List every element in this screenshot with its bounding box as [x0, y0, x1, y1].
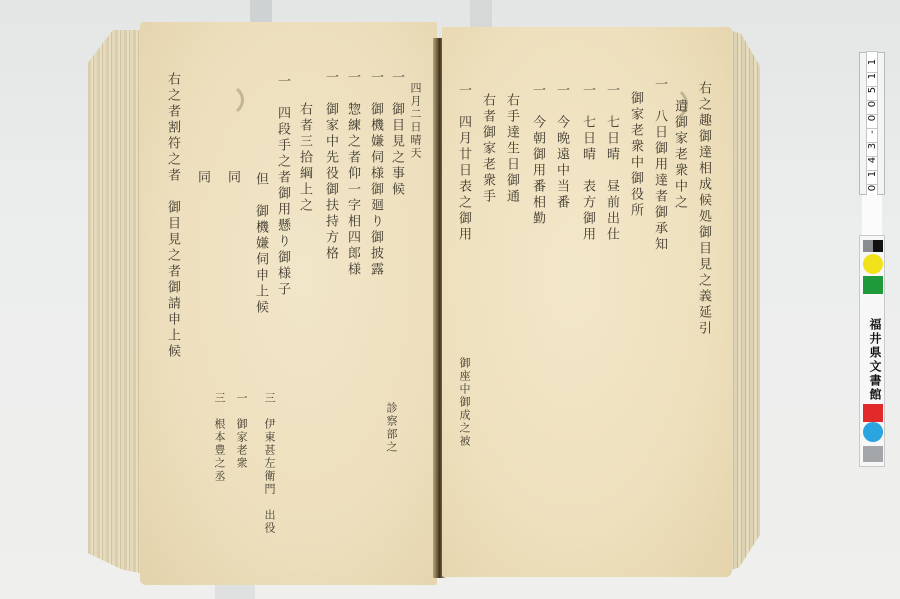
- text-column: 但 御機嫌伺申上候: [254, 172, 267, 316]
- text-column: 右者三拾綱上之: [298, 102, 311, 214]
- open-manuscript-book: 一 御目見之事候 四月二日晴天 一 御機嫌伺様御廻り御披露 一 惣練之者仰一字相…: [0, 0, 900, 599]
- text-column: 御家老衆中御役所: [629, 91, 642, 219]
- text-column: 一 今晩遠中当番: [555, 83, 568, 211]
- text-column: 遣御家老衆中之: [673, 99, 686, 211]
- swatch-red: [863, 404, 883, 422]
- text-column: 一 八日御用達者御承知: [653, 77, 666, 253]
- text-column: 同: [196, 170, 209, 186]
- archive-id-strip: A 0 1 4 3 - 0 0 5 1 1: [859, 52, 885, 195]
- text-column: 同: [226, 170, 239, 186]
- text-column: 右之者割符之者 御目見之者御請申上候: [166, 72, 179, 360]
- archive-id: A 0 1 4 3 - 0 0 5 1 1: [860, 53, 884, 209]
- text-column: 右手達生日御通: [505, 93, 518, 205]
- text-column: 右者御家老衆手: [481, 93, 494, 205]
- text-column: 一 七日晴 昼前出仕: [605, 83, 618, 243]
- archive-label: A 0 1 4 3 - 0 0 5 1 1 福井県文書館: [859, 52, 885, 467]
- right-page: 右之趣御達相成候処御目見之義延引 遣御家老衆中之 一 八日御用達者御承知 御家老…: [442, 27, 732, 577]
- archive-institution-name: 福井県文書館: [862, 318, 884, 402]
- text-column: 診察部之: [386, 402, 397, 454]
- text-column: 三 伊東甚左衛門 出役: [264, 392, 275, 535]
- left-page: 一 御目見之事候 四月二日晴天 一 御機嫌伺様御廻り御披露 一 惣練之者仰一字相…: [140, 22, 437, 585]
- swatch-green: [863, 276, 883, 294]
- text-column: 一 御機嫌伺様御廻り御披露: [369, 70, 382, 278]
- text-column: 一 御目見之事候: [390, 70, 403, 198]
- text-column: 一 四段手之者御用懸り御様子: [276, 74, 289, 298]
- text-column: 御座中御成之被: [459, 357, 470, 448]
- text-column: 一 七日晴 表方御用: [581, 83, 594, 243]
- label-spacer: [862, 195, 882, 235]
- stain-mark: [198, 82, 244, 118]
- text-column: 一 御家老衆: [236, 392, 247, 470]
- text-column: 一 今朝御用番相勤: [531, 83, 544, 227]
- text-column: 一 御家中先役御扶持方格: [324, 70, 337, 262]
- swatch-light-grey: [863, 446, 883, 462]
- swatch-yellow: [863, 254, 883, 274]
- swatch-grey-black: [863, 240, 883, 252]
- text-column: 一 惣練之者仰一字相四郎様: [346, 70, 359, 278]
- id-char: 1: [866, 51, 878, 73]
- color-calibration-card: 福井県文書館: [859, 235, 885, 467]
- text-column: 四月二日晴天: [410, 82, 421, 160]
- text-column: 一 四月廿日表之御用: [457, 83, 470, 243]
- text-column: 右之趣御達相成候処御目見之義延引: [697, 81, 710, 337]
- text-column: 三 根本豊之丞: [214, 392, 225, 483]
- swatch-cyan: [863, 422, 883, 442]
